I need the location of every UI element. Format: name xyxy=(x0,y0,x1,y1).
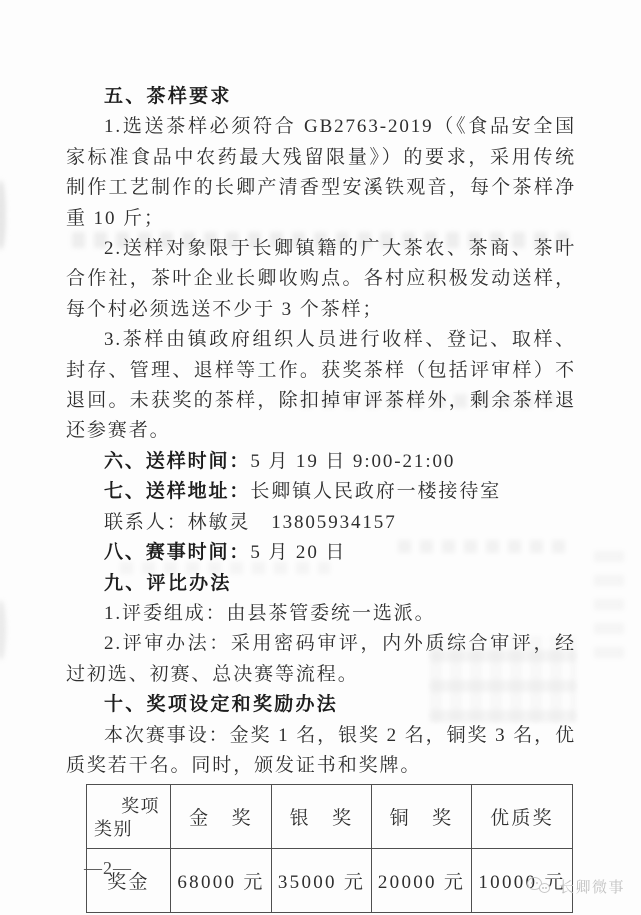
section-5-paragraph-2: 2.送样对象限于长卿镇籍的广大茶农、茶商、茶叶合作社，茶叶企业长卿收购点。各村应… xyxy=(66,234,576,325)
corner-bottom-label: 类别 xyxy=(94,815,133,841)
section-7-value: 长卿镇人民政府一楼接待室 xyxy=(250,481,501,502)
section-5-heading: 五、茶样要求 xyxy=(66,82,576,112)
section-8-heading: 八、赛事时间： xyxy=(104,542,250,563)
prize-table: 奖项 类别 金 奖 银 奖 铜 奖 优质奖 奖金 68000 元 35000 元… xyxy=(86,784,573,913)
scan-edge-shadow xyxy=(0,600,6,660)
section-6-heading: 六、送样时间： xyxy=(104,451,250,472)
document-body: 五、茶样要求 1.选送茶样必须符合 GB2763-2019（《食品安全国家标准食… xyxy=(66,82,576,913)
bleedthrough-artifact xyxy=(594,546,624,658)
section-9-heading: 九、评比办法 xyxy=(66,569,576,599)
contact-line: 联系人：林敏灵 13805934157 xyxy=(66,508,576,538)
contact-value: 林敏灵 13805934157 xyxy=(188,512,397,533)
section-7-line: 七、送样地址：长卿镇人民政府一楼接待室 xyxy=(66,477,576,507)
prize-table-header-row: 奖项 类别 金 奖 银 奖 铜 奖 优质奖 xyxy=(87,785,573,849)
section-9-paragraph-1: 1.评委组成：由县茶管委统一选派。 xyxy=(66,599,576,629)
prize-amount-bronze: 20000 元 xyxy=(372,849,472,913)
section-7-heading: 七、送样地址： xyxy=(104,481,250,502)
section-5-paragraph-1: 1.选送茶样必须符合 GB2763-2019（《食品安全国家标准食品中农药最大残… xyxy=(66,112,576,234)
footer-brand-text: 长卿微事 xyxy=(559,876,625,897)
section-9-paragraph-2: 2.评审办法：采用密码审评，内外质综合审评，经过初选、初赛、总决赛等流程。 xyxy=(66,629,576,690)
section-10-paragraph-1: 本次赛事设：金奖 1 名，银奖 2 名，铜奖 3 名，优质奖若干名。同时，颁发证… xyxy=(66,721,576,782)
prize-amount-silver: 35000 元 xyxy=(272,849,372,913)
section-8-line: 八、赛事时间：5 月 20 日 xyxy=(66,538,576,568)
section-5-paragraph-3: 3.茶样由镇政府组织人员进行收样、登记、取样、封存、管理、退样等工作。获奖茶样（… xyxy=(66,325,576,447)
scan-edge-shadow xyxy=(0,180,6,250)
wechat-icon xyxy=(527,876,554,897)
prize-amount-gold: 68000 元 xyxy=(171,849,272,913)
column-header-bronze: 铜 奖 xyxy=(372,785,472,849)
section-6-value: 5 月 19 日 9:00-21:00 xyxy=(250,451,455,472)
section-8-value: 5 月 20 日 xyxy=(250,542,346,563)
column-header-silver: 银 奖 xyxy=(272,785,372,849)
contact-label: 联系人： xyxy=(104,512,188,533)
scanned-document-page: 五、茶样要求 1.选送茶样必须符合 GB2763-2019（《食品安全国家标准食… xyxy=(0,0,641,915)
prize-table-value-row: 奖金 68000 元 35000 元 20000 元 10000 元 xyxy=(87,849,573,913)
column-header-quality: 优质奖 xyxy=(472,785,573,849)
section-6-line: 六、送样时间：5 月 19 日 9:00-21:00 xyxy=(66,447,576,477)
section-10-heading: 十、奖项设定和奖励办法 xyxy=(66,690,576,720)
page-number: —2— xyxy=(84,858,132,879)
column-header-gold: 金 奖 xyxy=(171,785,272,849)
prize-table-corner-cell: 奖项 类别 xyxy=(87,785,171,849)
footer-brand: 长卿微事 xyxy=(527,876,625,897)
